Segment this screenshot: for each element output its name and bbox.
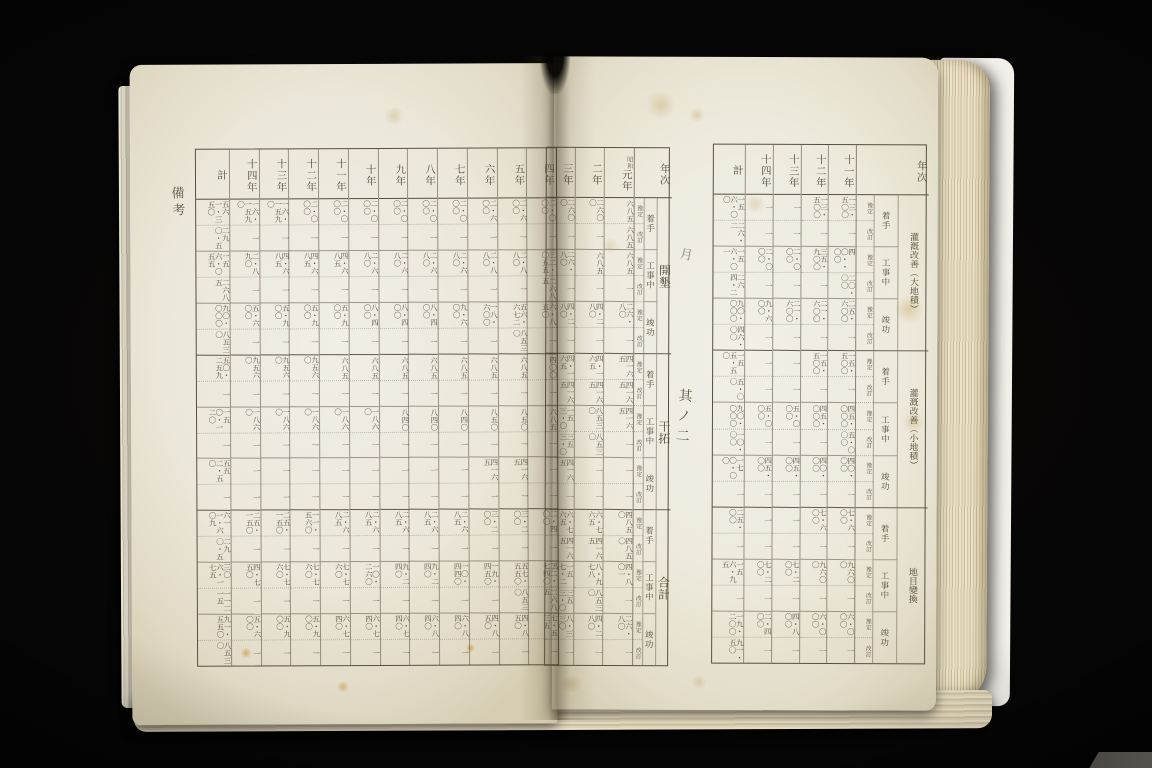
table-cell: 七・七六〇 [261, 562, 290, 588]
year-column-header: 十一年 [319, 149, 348, 199]
table-cell: 四・六八五 [319, 251, 348, 277]
sub-row-label: 改訂 [855, 586, 872, 612]
table-cell: 一 [773, 351, 800, 377]
table-cell: 一五六・九五 [712, 559, 743, 585]
table-cell: 四一六五 [604, 406, 633, 432]
table-cell: 一五・五〇〇 [801, 351, 827, 377]
table-cell: 二九〇・五 [196, 226, 229, 252]
table-cell: 一 [773, 273, 800, 299]
table-cell: 九五六〇 [260, 355, 289, 381]
table-cell: 一 [410, 588, 439, 614]
table-cell: 二一・六〇〇 [773, 299, 800, 325]
table-cell: 八四〇 [439, 406, 468, 432]
year-column-header: 計 [196, 150, 229, 200]
table-cell: 二六八五 [196, 277, 229, 303]
table-cell: 一五六・〇五五 [196, 251, 229, 277]
table-cell: 六・〇〇〇 [827, 612, 854, 638]
year-column-header: 十三年 [774, 145, 801, 195]
table-cell: 六八五 [605, 198, 634, 224]
table-cell: 一 [500, 639, 529, 664]
table-cell: 一 [574, 640, 602, 665]
table-cell: 一 [291, 458, 320, 484]
table-cell: 一六・一五九〇 [260, 199, 289, 225]
table-cell: 一 [291, 588, 320, 614]
table-cell: 一 [409, 225, 438, 251]
sub-row-label: 豫定 [855, 612, 872, 638]
table-cell: 一 [439, 380, 468, 406]
sub-row-label: 豫定 [634, 458, 643, 484]
table-cell: 一五・五〇〇 [828, 351, 855, 377]
table-cell: 一 [827, 586, 854, 612]
table-column: 昭和元年六八五六八五六八五一二六・八〇一四一六五四一六五四一六五一一一四八五〇四… [602, 148, 634, 665]
table-cell: 一五七・二八 [545, 562, 573, 588]
table-cell: 一 [349, 277, 378, 303]
table-column: 七年二・〇〇〇一二・六八〇一九・六〇〇一六八五一八四〇一一一二・六八五一一〇・四… [437, 149, 469, 665]
table-cell: 一八六〇 [231, 407, 260, 433]
table-cell: 一 [291, 536, 320, 562]
table-cell: 六・八四〇 [410, 614, 439, 640]
table-cell: 一 [801, 273, 827, 299]
table-cell: 五〇・二五九 [197, 355, 230, 381]
table-cell: 二・六八五 [321, 510, 350, 536]
table-cell: 四五・〇〇〇 [801, 403, 827, 429]
table-cell: 四八五〇 [604, 510, 633, 536]
table-cell: 一 [604, 432, 633, 458]
sub-row-label: 豫定 [634, 250, 643, 276]
table-column: 十一年二・〇〇〇一四・六八五一五・九〇〇一六八五一一八六〇一一一二・六八五一七・… [318, 149, 350, 665]
table-column: 十年二・〇〇〇一二・六八〇一八・四〇〇一六八五一一八六〇一一一二・六八五一一〇・… [348, 149, 380, 665]
table-cell: 一 [320, 381, 349, 407]
table-cell: 一 [744, 638, 771, 663]
phase-row-label: 着手 [875, 195, 898, 247]
table-cell: 七・二〇〇 [772, 560, 799, 586]
table-cell: 九六〇〇 [827, 560, 854, 586]
table-cell: 一 [321, 536, 350, 562]
nenji-header: 年次 [857, 145, 929, 195]
table-column: 八年二・〇〇〇一二・六八〇一八・四〇〇一六八五一八四〇一一一二・六八五一九・二四… [407, 149, 439, 665]
table-cell: 一 [261, 588, 290, 614]
table-cell: 一 [603, 484, 632, 510]
table-cell: 六八五 [439, 354, 468, 380]
table-cell: 二・六八五 [410, 510, 439, 536]
table-cell: 八五三〇 [574, 588, 602, 614]
table-cell: 一 [712, 585, 743, 612]
sub-row-label: 改訂 [855, 638, 872, 663]
year-column-header: 計 [714, 145, 745, 195]
table-cell: 一 [439, 328, 468, 354]
table-cell: 一 [498, 224, 527, 250]
table-column: 十四年一一二・〇〇〇一九・六〇〇一一一五・〇〇〇一四五・〇〇一一一七・二〇〇一二… [743, 145, 773, 663]
phase-row-label: 竣功 [874, 299, 897, 350]
sub-row-label: 豫定 [855, 560, 872, 586]
table-cell: 二・六八〇 [349, 251, 378, 277]
table-cell: 二・〇〇〇 [745, 247, 772, 273]
table-cell: 二六〇〇 [576, 198, 604, 224]
table-cell: 二六・八〇 [604, 302, 633, 328]
table-cell: 八五三〇 [197, 329, 230, 355]
sub-row-label: 豫定 [857, 195, 874, 221]
phase-row-label: 竣功 [874, 456, 897, 507]
table-cell: 一 [320, 458, 349, 484]
year-column-header: 五年 [497, 148, 526, 198]
table-cell: 一 [290, 277, 319, 303]
table-cell: 一 [350, 458, 379, 484]
sub-row-label: 改訂 [634, 328, 643, 353]
table-cell: 三・二〇〇 [469, 510, 498, 536]
sub-row-label: 改訂 [634, 276, 643, 302]
table-cell: 八五三〇 [575, 432, 603, 458]
table-cell: 八四〇 [409, 406, 438, 432]
table-cell: 一 [828, 377, 855, 403]
table-cell: 四〇・〇〇 [801, 456, 827, 482]
row-label-column: 年次豫定改訂豫定改訂豫定改訂着手工事中竣功灌漑改善（大地積）豫定改訂豫定改訂豫定… [854, 145, 929, 663]
table-cell: 二九〇・五 [198, 537, 231, 563]
table-cell: 一 [291, 485, 320, 511]
table-column: 三年二六〇〇一二六・八〇一四・二八〇一四・一六五四一六五一五三・〇三五三・〇四一… [545, 148, 575, 665]
table-cell: 一 [291, 433, 320, 459]
table-cell: 八五三〇 [499, 587, 528, 613]
table-cell: 四五・〇〇〇 [828, 403, 855, 429]
table-cell: 一 [350, 484, 379, 510]
table-cell: 一 [440, 536, 469, 562]
table-cell: 一 [828, 325, 855, 351]
table-cell: 一 [197, 381, 230, 407]
table-cell: 四・一六五 [575, 354, 603, 380]
table-cell: 一 [745, 351, 772, 377]
table-cell: 二六〇〇 [547, 198, 575, 224]
table-cell: 二一・六〇〇 [801, 299, 827, 325]
table-cell: 一 [470, 587, 499, 613]
table-cell: 二・八九〇 [230, 251, 259, 277]
table-cell: 一 [773, 508, 800, 534]
table-cell: 九五六〇 [290, 355, 319, 381]
row-group: 豫定改訂豫定改訂豫定改訂着手工事中竣功合計 [633, 510, 671, 665]
table-cell: 六八五 [320, 355, 349, 381]
table-cell: 八・三三〇 [545, 614, 573, 640]
table-cell: 一 [772, 533, 799, 559]
table-cell: 九〇・〇〇〇 [713, 299, 744, 325]
table-cell: 一 [546, 276, 574, 302]
table-cell: 一三・五〇〇 [802, 195, 828, 221]
table-cell: 二五・一五〇 [261, 510, 290, 536]
table-cell: 九一・五〇 [712, 638, 743, 664]
table-cell: 一九・二〇〇 [712, 612, 743, 638]
table-cell: 一 [827, 482, 854, 508]
table-cell: 二・〇〇〇 [349, 199, 378, 225]
sub-row-label: 改訂 [633, 640, 642, 665]
photo-scene: 計五六一・三五〇二九〇・五一五六・〇五五二六八五九〇・〇〇〇八五三〇五〇・二五九… [0, 0, 1152, 768]
table-cell: 四・二八〇 [574, 614, 602, 640]
table-cell: 一 [380, 380, 409, 406]
table-cell: 一 [604, 276, 633, 302]
table-cell: 一 [800, 534, 826, 560]
phase-row-label: 工事中 [644, 406, 656, 458]
table-cell: 一 [291, 640, 320, 665]
table-cell: 一 [575, 328, 603, 354]
table-cell: 一 [379, 277, 408, 303]
table-column: 十三年一六・一五九〇一四・六八五一五・九〇〇一九五六〇一一八六〇一一一二五・一五… [259, 149, 291, 665]
table-cell: 五六・六七二 [498, 302, 527, 328]
table-cell: 二〇・〇〇 [828, 273, 855, 299]
table-column: 十二年一三・五〇〇一三五・九〇〇一二一・六〇〇一一五・五〇〇一四五・〇〇〇一四〇… [799, 145, 828, 663]
table-cell: 一 [350, 536, 379, 562]
table-cell: 一八六〇 [350, 406, 379, 432]
table-cell: 一 [800, 481, 826, 507]
table-cell: 一 [772, 586, 799, 612]
phase-row-label: 竣功 [643, 614, 655, 665]
table-cell: 一 [379, 225, 408, 251]
table-cell: 五七・五五〇 [499, 561, 528, 587]
table-cell: 一 [772, 638, 799, 663]
sub-row-label: 改訂 [635, 224, 644, 250]
table-cell: 一 [801, 377, 827, 403]
table-cell: 一 [499, 484, 528, 510]
table-cell: 一 [409, 328, 438, 354]
table-cell: 三・二〇〇 [499, 509, 528, 535]
table-cell: 五・九〇〇 [290, 303, 319, 329]
table-cell: 二・六〇〇 [498, 198, 527, 224]
table-cell: 七・七六〇 [291, 562, 320, 588]
table-cell: 四〇・〇〇 [828, 456, 855, 482]
table-cell: 一 [773, 429, 800, 455]
table-cell: 九五六〇 [231, 355, 260, 381]
table-cell: 一 [290, 329, 319, 355]
table-cell: 一 [261, 485, 290, 511]
table-cell: 一 [745, 507, 772, 533]
table-cell: 一 [745, 429, 772, 455]
sub-row-label: 豫定 [634, 406, 643, 432]
table-cell: 一 [380, 484, 409, 510]
table-cell: 二・〇〇〇 [379, 199, 408, 225]
table-cell: 五・〇〇〇 [773, 403, 800, 429]
table-cell: 一 [260, 329, 289, 355]
table-cell: 二・〇〇〇 [319, 199, 348, 225]
table-cell: 一 [231, 329, 260, 355]
table-cell: 九・六〇〇 [439, 302, 468, 328]
table-cell: 一一・五六〇 [291, 510, 320, 536]
table-cell: 六八五 [604, 224, 633, 250]
table-cell: 一 [575, 276, 603, 302]
table-cell: 一 [230, 225, 259, 251]
table-cell: 一 [230, 277, 259, 303]
year-column-header: 六年 [468, 148, 497, 198]
table-cell: 八四〇 [380, 406, 409, 432]
table-cell: 二六・二 [713, 221, 744, 248]
table-cell: 一 [575, 224, 603, 250]
table-cell: 一 [290, 225, 319, 251]
table-cell: 一 [603, 588, 632, 614]
table-cell: 一 [231, 381, 260, 407]
table-cell: 一 [469, 432, 498, 458]
table-cell: 二・六八〇 [379, 251, 408, 277]
table-cell: 一 [410, 640, 439, 665]
table-cell: 一 [320, 329, 349, 355]
table-column: 五年二・六〇〇一二・八八〇一五六・六七二八五三〇六八五一八五〇一四一六五一三・二… [496, 148, 528, 664]
table-cell: 一 [231, 459, 260, 485]
table-cell: 四一六五 [469, 458, 498, 484]
era-label: 昭和 [625, 156, 634, 169]
table-cell: 五・九〇〇 [260, 303, 289, 329]
sub-row-label: 改訂 [856, 325, 873, 350]
table-cell: 一 [604, 328, 633, 354]
table-cell: 一五五・五〇 [713, 351, 744, 377]
table-cell: 四五・〇〇 [773, 455, 800, 481]
ledger-table-kaikon: 三年二六〇〇一二六・八〇一四・二八〇一四・一六五四一六五一五三・〇三五三・〇四一… [544, 147, 670, 666]
table-cell: 一五三・〇 [546, 406, 574, 432]
sub-row-label: 改訂 [633, 588, 642, 614]
table-cell: 一 [801, 429, 827, 455]
table-cell: 一 [409, 432, 438, 458]
table-cell: 三五三・〇 [546, 432, 574, 458]
table-cell: 一 [773, 221, 800, 247]
table-cell: 一 [545, 640, 573, 665]
table-cell: 一 [773, 377, 800, 403]
table-cell: 七・二〇〇 [744, 560, 771, 586]
table-cell: 四一六五 [546, 380, 574, 406]
table-cell: 一〇・二六〇 [350, 562, 379, 588]
table-cell: 一 [380, 536, 409, 562]
table-cell: 一 [232, 640, 261, 665]
table-cell: 一 [801, 221, 827, 247]
table-cell: 一 [261, 459, 290, 485]
table-cell: 二・四〇〇 [744, 612, 771, 638]
sub-row-label: 改訂 [856, 482, 873, 507]
row-group-name: 地目變換 [896, 508, 928, 663]
sub-row-label: 改訂 [634, 380, 643, 406]
table-cell: 一 [260, 225, 289, 251]
table-cell: 一 [409, 458, 438, 484]
table-cell: 一 [744, 586, 771, 612]
row-group-name: 開墾 [656, 198, 672, 353]
sub-row-label: 改訂 [855, 534, 872, 560]
table-cell: 一 [320, 484, 349, 510]
table-cell: 一一二一五 [198, 589, 231, 615]
table-cell: 四・八五〇 [470, 613, 499, 639]
table-cell: 二・六八〇 [409, 250, 438, 276]
table-cell: 一 [439, 432, 468, 458]
table-cell: 一 [320, 433, 349, 459]
table-cell: 二・六八五 [350, 510, 379, 536]
table-cell: 二六・八〇 [603, 614, 632, 640]
table-cell: 一 [379, 329, 408, 355]
table-cell: 一 [827, 638, 854, 663]
table-cell: 一 [380, 432, 409, 458]
sub-row-label: 豫定 [635, 198, 644, 224]
sub-row-label: 改訂 [634, 484, 643, 509]
table-cell: 一八・六〇〇 [468, 302, 497, 328]
table-cell: 九・六〇〇 [745, 299, 772, 325]
table-cell: 一 [440, 639, 469, 664]
table-cell: 一 [320, 277, 349, 303]
table-cell: 六八五 [469, 354, 498, 380]
table-cell: 一 [380, 458, 409, 484]
ledger-table-left-page: 計五六一・三五〇二九〇・五一五六・〇五五二六八五九〇・〇〇〇八五三〇五〇・二五九… [195, 147, 559, 667]
table-cell: 二五・一五〇 [231, 511, 260, 537]
table-cell: 八・四〇〇 [379, 302, 408, 328]
table-cell: 六・七六五 [546, 510, 574, 536]
table-cell: 一七〇・〇〇 [713, 455, 744, 481]
year-column-header: 昭和元年 [605, 148, 634, 198]
table-cell: 五・九〇〇 [262, 614, 291, 640]
table-cell: 六・〇〇〇 [800, 612, 826, 638]
table-cell: 九・二四〇 [380, 562, 409, 588]
table-cell: 五・〇〇〇 [745, 403, 772, 429]
sub-row-label: 豫定 [856, 247, 873, 273]
table-cell: 八五三〇 [498, 328, 527, 354]
year-column-header: 十四年 [230, 150, 259, 200]
table-cell: 五・六〇〇 [230, 303, 259, 329]
table-cell: 一 [232, 537, 261, 563]
table-column: 十一年一三・五〇〇一四〇・・〇〇二〇・〇〇二五・六〇〇一一五・五〇〇一四五・〇〇… [826, 145, 856, 663]
table-cell: 四一六五 [545, 536, 573, 562]
table-cell: 八・四〇〇 [349, 303, 378, 329]
table-cell: 六八五 [498, 354, 527, 380]
table-cell: 一 [712, 481, 743, 508]
table-cell: 一 [197, 485, 230, 511]
table-cell: 四・八〇〇 [772, 612, 799, 638]
table-cell: 二六・八〇 [546, 250, 574, 276]
table-cell: 一 [409, 380, 438, 406]
table-cell: 五・九〇〇 [320, 303, 349, 329]
table-cell: 一六・一五九〇 [230, 199, 259, 225]
table-cell: 一 [290, 381, 319, 407]
table-cell: 四・八〇一 [603, 562, 632, 588]
table-cell: 一 [439, 484, 468, 510]
table-cell: 一 [499, 432, 528, 458]
table-cell: 六一一・六〇九 [197, 511, 230, 537]
table-cell: 五五二・五〇 [197, 459, 230, 485]
sub-row-label: 改訂 [856, 273, 873, 299]
sub-row-label: 豫定 [856, 404, 873, 430]
table-cell: 二五・〇〇 [713, 507, 744, 533]
table-cell: 一 [350, 329, 379, 355]
table-cell: 一九・四五〇 [469, 561, 498, 587]
table-column: 十二年二・〇〇〇一四・六八五一五・九〇〇一九五六〇一一八六〇一一一一一・五六〇一… [288, 149, 320, 665]
table-cell: 一 [410, 484, 439, 510]
table-cell: 四〇・・〇〇 [828, 247, 855, 273]
remarks-label: 備考 [167, 186, 188, 221]
year-column-header: 十二年 [802, 145, 828, 195]
row-label-column: 年次豫定改訂豫定改訂豫定改訂着手工事中竣功開墾豫定改訂豫定改訂豫定改訂着手工事中… [632, 148, 672, 665]
table-cell: 一 [545, 484, 573, 510]
table-cell: 五・六〇〇 [232, 614, 261, 640]
table-column: 計一五六・〇〇二六・二一五六・〇一二六四・二九〇・〇〇〇四六・〇〇一五五・五〇五… [712, 145, 745, 663]
table-cell: 一〇・〇〇 [713, 429, 744, 456]
sub-row-label: 改訂 [857, 221, 874, 247]
table-cell: 一 [262, 640, 291, 665]
table-cell: 六八五 [379, 354, 408, 380]
table-cell: 九・二四〇 [410, 562, 439, 588]
table-cell: 四八五〇 [603, 536, 632, 562]
year-column-header: 十年 [349, 149, 378, 199]
sub-row-label: 豫定 [633, 614, 642, 640]
row-group-name: 灌漑改善（小地積） [897, 352, 929, 507]
year-column-header: 三年 [547, 148, 575, 198]
phase-row-label: 竣功 [873, 612, 896, 663]
table-cell: 一 [438, 224, 467, 250]
table-cell: 五六一・三五〇 [196, 199, 229, 225]
phase-row-label: 工事中 [874, 247, 897, 299]
year-column-header: 八年 [408, 149, 437, 199]
table-cell: 一 [261, 433, 290, 459]
sub-row-label: 改訂 [633, 536, 642, 562]
table-cell: 三〇六・一七五 [198, 563, 231, 589]
table-column: 六年二・六〇〇一二・八八〇一一八・六〇〇一六八五一八五〇一四一六五一三・二〇〇一… [467, 148, 499, 664]
table-column: 十四年一六・一五九〇一二・八九〇一五・六〇〇一九五六〇一一八六〇一一一二五・一五… [229, 150, 261, 666]
table-cell: 一 [351, 588, 380, 614]
sub-row-label: 改訂 [634, 432, 643, 458]
table-cell: 一 [774, 195, 801, 221]
